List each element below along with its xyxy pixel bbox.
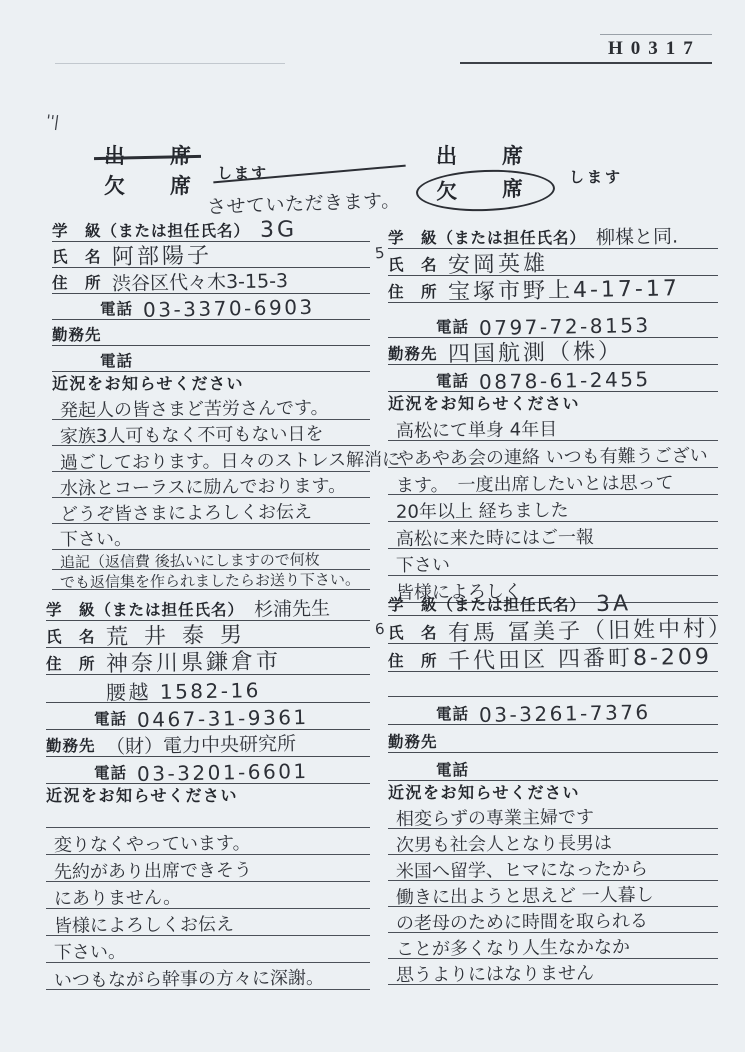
message-text: いつもながら幹事の方々に深謝。 xyxy=(46,970,324,991)
phone-label: 電話 xyxy=(436,319,469,337)
margin-number: 5 xyxy=(374,244,385,263)
message-line: 次男も社会人となり長男は xyxy=(388,829,718,855)
class-label: 学 級（または担任氏名） xyxy=(46,602,244,620)
workplace-label: 勤務先 xyxy=(46,738,96,756)
address-label: 住 所 xyxy=(388,284,438,302)
message-text: 過ごしております。日々のストレス解消に xyxy=(52,451,400,473)
message-line: 働きに出ようと思えど 一人暮し xyxy=(388,881,718,907)
phone-label: 電話 xyxy=(100,353,133,371)
reply-entry-3: 5 出 席 欠 席 します 学 級（または担任氏名） 柳楳と同. 氏 名 安岡英… xyxy=(388,140,718,603)
news-prompt: 近況をお知らせください xyxy=(52,372,370,394)
message-line: ことが多くなり人生なかなか xyxy=(388,933,718,959)
message-line: 水泳とコーラスに励んでおります。 xyxy=(52,472,370,498)
phone-label: 電話 xyxy=(436,762,469,780)
name-label: 氏 名 xyxy=(388,625,438,643)
message-text: 家族3人可もなく不可もない日を xyxy=(52,426,324,447)
attend-label: 出 席 xyxy=(436,144,535,168)
class-label: 学 級（または担任氏名） xyxy=(52,223,250,241)
message-line: 下さい。 xyxy=(52,524,370,550)
message-line: ます。 一度出席したいとは思って xyxy=(388,468,718,495)
message-text: 発起人の皆さまど苦労さんです。 xyxy=(52,400,329,421)
form-row-address: 住 所 神奈川県鎌倉市 xyxy=(46,648,370,675)
form-row-class: 学 級（または担任氏名） 3A xyxy=(388,588,718,616)
attend-label-struck: 出 席 xyxy=(104,144,203,168)
name-value: 荒井泰男 xyxy=(95,622,370,650)
phone-value: 03-3370-6903 xyxy=(133,296,370,321)
attendance-header: 出 席 欠 席 します させていただきます。 xyxy=(52,140,370,216)
phone-value: 0797-72-8153 xyxy=(469,314,718,339)
message-line: いつもながら幹事の方々に深謝。 xyxy=(46,963,370,990)
workplace-value: （財）電力中央研究所 xyxy=(95,734,370,759)
absent-row: 欠 席 します させていただきます。 xyxy=(104,170,370,218)
message-text: 20年以上 経ちました xyxy=(388,502,569,522)
form-row-workphone: 電話 xyxy=(388,753,718,781)
message-text: 働きに出ようと思えど 一人暮し xyxy=(388,887,654,908)
name-label: 氏 名 xyxy=(46,629,96,647)
class-label: 学 級（または担任氏名） xyxy=(388,230,586,248)
form-row-phone: 電話 03-3370-6903 xyxy=(52,294,370,320)
margin-number: 6 xyxy=(374,620,385,639)
form-row-name: 氏 名 有馬 冨美子（旧姓中村） xyxy=(388,616,718,644)
message-line: 20年以上 経ちました xyxy=(388,495,718,522)
message-line: 家族3人可もなく不可もない日を xyxy=(52,420,370,446)
shimasu-label: します xyxy=(569,166,623,187)
phone-label: 電話 xyxy=(436,706,469,724)
address-value-2: 腰越 1582-16 xyxy=(46,678,370,705)
message-line: にありません。 xyxy=(46,882,370,909)
message-text: 変りなくやっています。 xyxy=(46,835,251,855)
blank-ruled-line xyxy=(388,672,718,697)
message-line: 思うよりにはなりません xyxy=(388,959,718,985)
shimasu-label-struck: します xyxy=(217,162,400,183)
message-line: 相変らずの専業主婦です xyxy=(388,803,718,829)
address-value: 神奈川県鎌倉市 xyxy=(95,649,370,677)
message-text: 高松に来た時にはご一報 xyxy=(388,529,594,549)
message-line: 米国へ留学、ヒマになったから xyxy=(388,855,718,881)
message-text: 思うよりにはなりません xyxy=(388,965,594,985)
message-text: 追記（返信費 後払いにしますので何枚 xyxy=(52,553,320,571)
class-value: 杉浦先生 xyxy=(244,599,370,621)
message-line: 下さい。 xyxy=(46,936,370,963)
message-line: どうぞ皆さまによろしくお伝え xyxy=(52,498,370,524)
message-text: ことが多くなり人生なかなか xyxy=(388,939,630,960)
message-line: 発起人の皆さまど苦労さんです。 xyxy=(52,394,370,420)
workplace-value: 四国航測（株） xyxy=(437,338,718,366)
news-prompt: 近況をお知らせください xyxy=(46,784,370,806)
reply-entry-1: 出 席 欠 席 します させていただきます。 学 級（または担任氏名） 3G 氏… xyxy=(52,140,370,590)
message-line: 追記（返信費 後払いにしますので何枚 xyxy=(52,550,370,570)
workphone-value: 03-3201-6601 xyxy=(127,760,370,785)
name-value: 有馬 冨美子（旧姓中村） xyxy=(437,617,732,645)
phone-label: 電話 xyxy=(94,765,127,783)
message-text: 米国へ留学、ヒマになったから xyxy=(388,861,648,882)
phone-value: 03-3261-7376 xyxy=(469,701,718,726)
form-row-workphone: 電話 xyxy=(52,346,370,372)
absent-row: 欠 席 します xyxy=(436,170,718,218)
phone-label: 電話 xyxy=(100,301,133,319)
message-text: にありません。 xyxy=(46,889,181,908)
workplace-label: 勤務先 xyxy=(388,734,438,752)
absent-suffix: します させていただきます。 xyxy=(207,170,400,216)
form-row-address-2: 腰越 1582-16 xyxy=(46,675,370,703)
form-row-class: 学 級（または担任氏名） 柳楳と同. xyxy=(388,222,718,249)
message-text: 皆様によろしくお伝え xyxy=(46,916,234,936)
message-line: 先約があり出席できそう xyxy=(46,855,370,882)
news-prompt: 近況をお知らせください xyxy=(388,781,718,803)
message-text: どうぞ皆さまによろしくお伝え xyxy=(52,504,312,525)
header-rule-left xyxy=(55,63,285,64)
class-value: 3G xyxy=(250,217,370,242)
address-label: 住 所 xyxy=(46,656,96,674)
absent-label-circled: 欠 席 xyxy=(415,168,555,214)
form-row-name: 氏 名 阿部陽子 xyxy=(52,242,370,268)
message-line: 変りなくやっています。 xyxy=(46,828,370,855)
message-line: 高松にて単身 4年目 xyxy=(388,414,718,441)
reply-entry-2: 学 級（または担任氏名） 杉浦先生 氏 名 荒井泰男 住 所 神奈川県鎌倉市 腰… xyxy=(46,594,370,990)
form-row-address: 住 所 宝塚市野上4-17-17 xyxy=(388,276,718,303)
absent-label: 欠 席 xyxy=(104,170,203,200)
message-text: 相変らずの専業主婦です xyxy=(388,809,594,829)
form-row-workphone: 電話 0878-61-2455 xyxy=(388,365,718,392)
phone-label: 電話 xyxy=(436,373,469,391)
form-row-phone: 電話 03-3261-7376 xyxy=(388,697,718,725)
workplace-label: 勤務先 xyxy=(388,346,438,364)
message-text: 次男も社会人となり長男は xyxy=(388,835,612,855)
message-text: 下さい。 xyxy=(52,531,132,550)
handwritten-absent-note: させていただきます。 xyxy=(207,186,401,220)
reply-entry-4: 6 学 級（または担任氏名） 3A 氏 名 有馬 冨美子（旧姓中村） 住 所 千… xyxy=(388,588,718,985)
message-line: の老母のために時間を取られる xyxy=(388,907,718,933)
form-row-workplace: 勤務先 四国航測（株） xyxy=(388,338,718,365)
phone-label: 電話 xyxy=(94,711,127,729)
corner-pen-mark: ''| xyxy=(45,111,61,131)
message-text: 高松にて単身 4年目 xyxy=(388,421,557,441)
address-value: 宝塚市野上4-17-17 xyxy=(437,276,718,304)
form-row-workplace: 勤務先 xyxy=(388,725,718,753)
form-row-name: 氏 名 安岡英雄 xyxy=(388,249,718,276)
form-row-class: 学 級（または担任氏名） 杉浦先生 xyxy=(46,594,370,621)
workplace-label: 勤務先 xyxy=(52,327,102,345)
top-thin-rule xyxy=(600,34,712,35)
form-row-workphone: 電話 03-3201-6601 xyxy=(46,757,370,784)
header-rule-right xyxy=(460,62,712,64)
phone-value: 0467-31-9361 xyxy=(127,706,370,731)
form-row-workplace: 勤務先 （財）電力中央研究所 xyxy=(46,730,370,757)
name-label: 氏 名 xyxy=(388,257,438,275)
form-row-class: 学 級（または担任氏名） 3G xyxy=(52,216,370,242)
message-text: 下さい。 xyxy=(46,944,126,963)
message-text: 先約があり出席できそう xyxy=(46,862,252,882)
message-text: ます。 一度出席したいとは思って xyxy=(388,475,674,496)
class-label: 学 級（または担任氏名） xyxy=(388,597,586,615)
workphone-value: 0878-61-2455 xyxy=(469,368,718,393)
form-row-phone: 電話 0797-72-8153 xyxy=(388,311,718,338)
message-text: 下さい xyxy=(388,557,450,576)
message-line: 高松に来た時にはご一報 xyxy=(388,522,718,549)
address-label: 住 所 xyxy=(388,653,438,671)
message-line: 下さい xyxy=(388,549,718,576)
class-value: 3A xyxy=(586,591,718,616)
message-text: 水泳とコーラスに励んでおります。 xyxy=(52,477,346,498)
name-value: 安岡英雄 xyxy=(437,249,718,277)
form-row-phone: 電話 0467-31-9361 xyxy=(46,703,370,730)
name-label: 氏 名 xyxy=(52,249,102,267)
address-label: 住 所 xyxy=(52,275,102,293)
message-line: 過ごしております。日々のストレス解消に xyxy=(52,446,370,472)
form-row-address: 住 所 千代田区 四番町8-209 xyxy=(388,644,718,672)
class-value: 柳楳と同. xyxy=(586,227,718,249)
attendance-header: 出 席 欠 席 します xyxy=(388,140,718,222)
form-row-address: 住 所 渋谷区代々木3-15-3 xyxy=(52,268,370,294)
document-code: H0317 xyxy=(608,38,701,60)
blank-ruled-line xyxy=(46,806,370,828)
message-line: やあやあ会の連絡 いつも有難うござい xyxy=(388,441,718,468)
message-text: の老母のために時間を取られる xyxy=(388,913,648,934)
name-value: 阿部陽子 xyxy=(101,242,370,270)
form-row-workplace: 勤務先 xyxy=(52,320,370,346)
form-row-name: 氏 名 荒井泰男 xyxy=(46,621,370,648)
message-line: 皆様によろしくお伝え xyxy=(46,909,370,936)
message-line: でも返信集を作られましたらお送り下さい。 xyxy=(52,570,370,590)
message-text: でも返信集を作られましたらお送り下さい。 xyxy=(52,572,360,590)
address-value: 渋谷区代々木3-15-3 xyxy=(101,271,370,296)
message-text: やあやあ会の連絡 いつも有難うござい xyxy=(388,447,708,468)
address-value: 千代田区 四番町8-209 xyxy=(437,645,718,673)
news-prompt: 近況をお知らせください xyxy=(388,392,718,414)
